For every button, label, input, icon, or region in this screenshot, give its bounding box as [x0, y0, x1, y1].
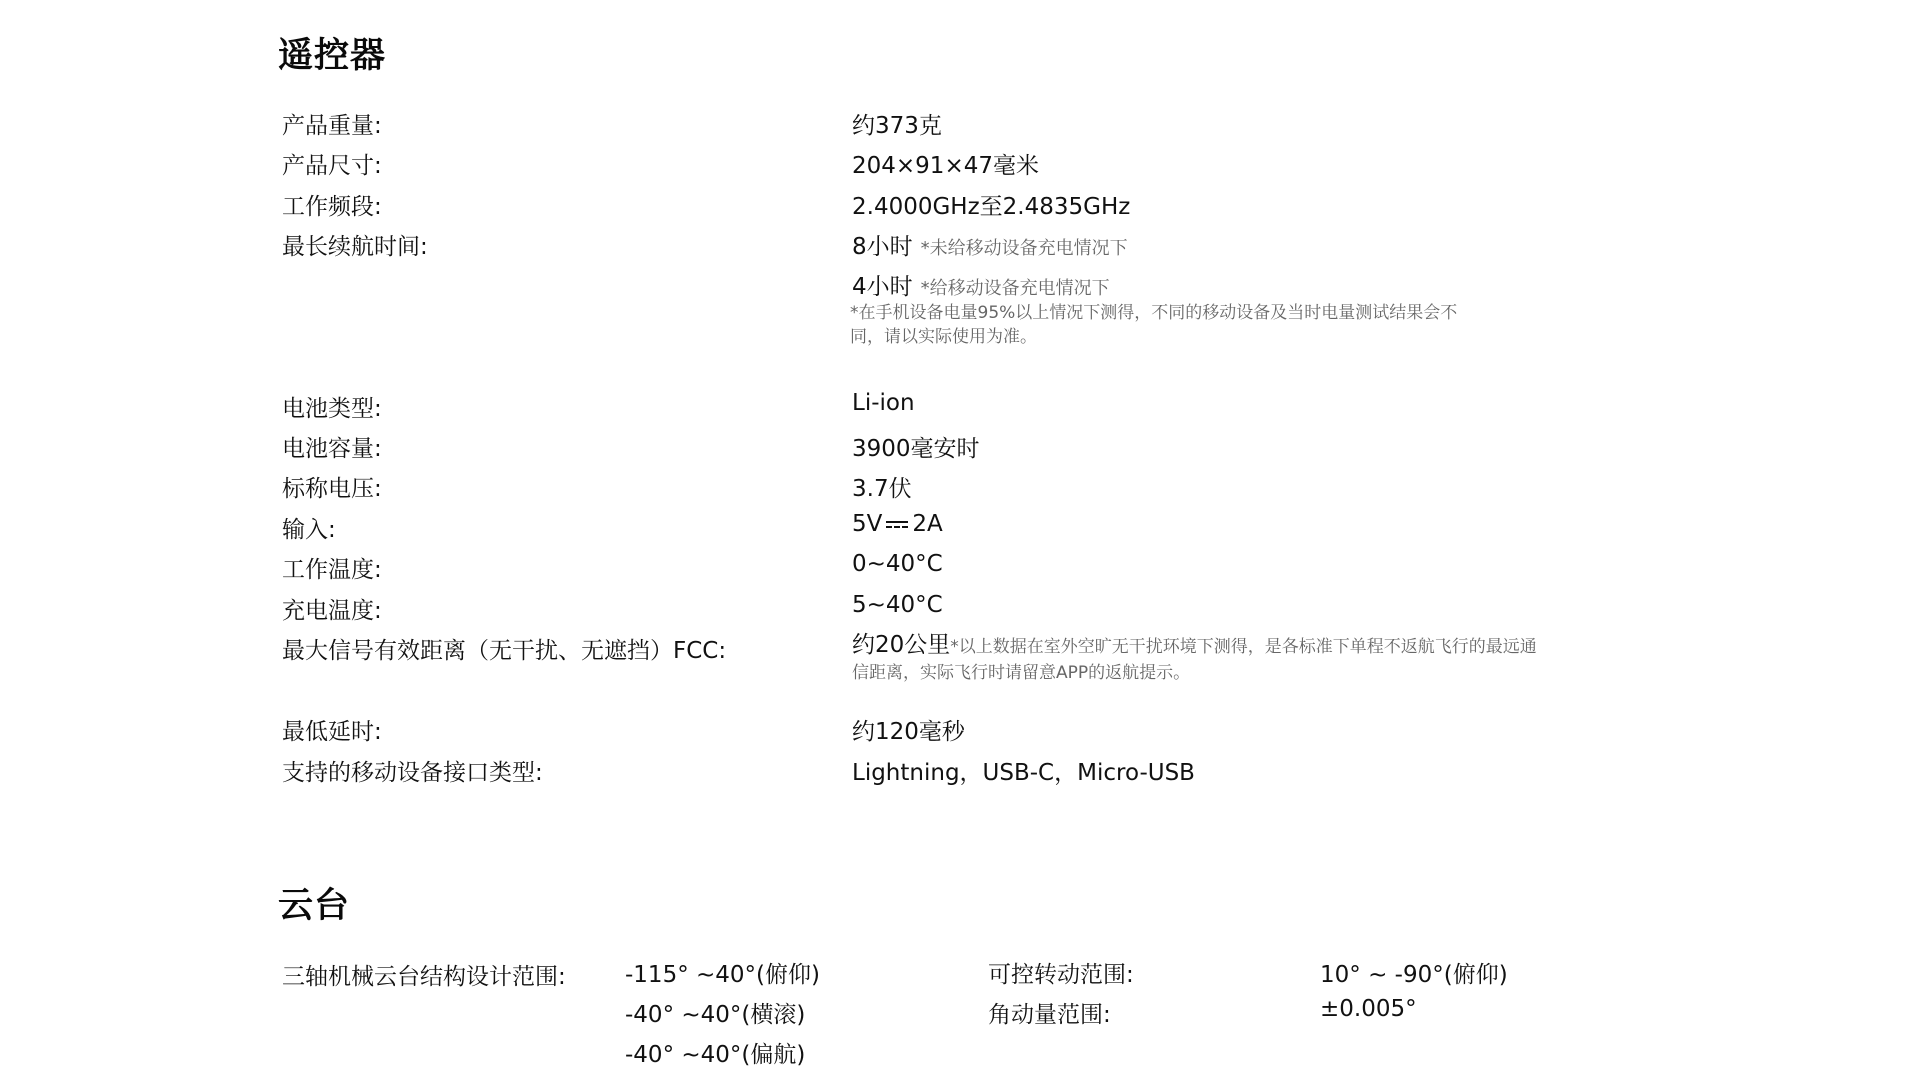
spec-label-voltage: 标称电压:	[282, 470, 382, 503]
spec-value-input: 5V2A	[852, 511, 943, 537]
input-current: 2A	[912, 511, 942, 537]
spec-label-max-range: 最大信号有效距离（无干扰、无遮挡）FCC:	[282, 632, 726, 665]
spec-value-frequency: 2.4000GHz至2.4835GHz	[852, 188, 1130, 221]
spec-value-weight: 约373克	[852, 107, 942, 140]
max-range-value: 约20公里	[852, 632, 950, 658]
spec-value-operating-temp: 0~40°C	[852, 551, 943, 577]
battery-life-footnote: *在手机设备电量95%以上情况下测得，不同的移动设备及当时电量测试结果会不同，请…	[850, 301, 1470, 349]
dc-current-icon	[886, 520, 908, 530]
spec-label-battery-capacity: 电池容量:	[282, 430, 382, 463]
spec-label-weight: 产品重量:	[282, 107, 382, 140]
spec-label-size: 产品尺寸:	[282, 147, 382, 180]
gimbal-controllable-label: 可控转动范围:	[988, 956, 1134, 989]
battery-life-note: *未给移动设备充电情况下	[921, 238, 1128, 259]
gimbal-mech-range-pitch: -115° ~40°(俯仰)	[625, 956, 820, 989]
battery-life-note-charging: *给移动设备充电情况下	[921, 278, 1110, 299]
spec-label-operating-temp: 工作温度:	[282, 551, 382, 584]
gimbal-mech-range-roll: -40° ~40°(横滚)	[625, 996, 805, 1029]
battery-life-value: 8小时	[852, 234, 913, 260]
spec-value-charging-temp: 5~40°C	[852, 592, 943, 618]
gimbal-mech-range-yaw: -40° ~40°(偏航)	[625, 1036, 805, 1069]
max-range-footnote: *以上数据在室外空旷无干扰环境下测得，是各标准下单程不返航飞行的最远通信距离，实…	[852, 637, 1537, 683]
spec-label-battery-type: 电池类型:	[282, 390, 382, 423]
spec-label-frequency: 工作频段:	[282, 188, 382, 221]
spec-label-interfaces: 支持的移动设备接口类型:	[282, 754, 543, 787]
spec-value-latency: 约120毫秒	[852, 713, 965, 746]
gimbal-angular-label: 角动量范围:	[988, 996, 1111, 1029]
battery-life-value-charging: 4小时	[852, 274, 913, 300]
spec-label-battery-life: 最长续航时间:	[282, 228, 428, 261]
spec-label-input: 输入:	[282, 511, 336, 544]
gimbal-angular-value: ±0.005°	[1320, 996, 1417, 1022]
spec-value-battery-life-2: 4小时*给移动设备充电情况下	[852, 268, 1110, 301]
gimbal-mech-range-label: 三轴机械云台结构设计范围:	[282, 958, 566, 991]
spec-value-voltage: 3.7伏	[852, 470, 912, 503]
section-title-gimbal: 云台	[278, 878, 350, 928]
section-title-remote: 遥控器	[278, 28, 386, 78]
input-voltage: 5V	[852, 511, 882, 537]
spec-value-battery-life-1: 8小时*未给移动设备充电情况下	[852, 228, 1128, 261]
spec-label-latency: 最低延时:	[282, 713, 382, 746]
spec-value-size: 204×91×47毫米	[852, 147, 1039, 180]
spec-value-max-range: 约20公里*以上数据在室外空旷无干扰环境下测得，是各标准下单程不返航飞行的最远通…	[852, 632, 1542, 686]
spec-label-charging-temp: 充电温度:	[282, 592, 382, 625]
spec-value-interfaces: Lightning，USB-C，Micro-USB	[852, 754, 1195, 787]
spec-value-battery-type: Li-ion	[852, 390, 915, 416]
spec-value-battery-capacity: 3900毫安时	[852, 430, 980, 463]
gimbal-controllable-value: 10° ~ -90°(俯仰)	[1320, 956, 1508, 989]
